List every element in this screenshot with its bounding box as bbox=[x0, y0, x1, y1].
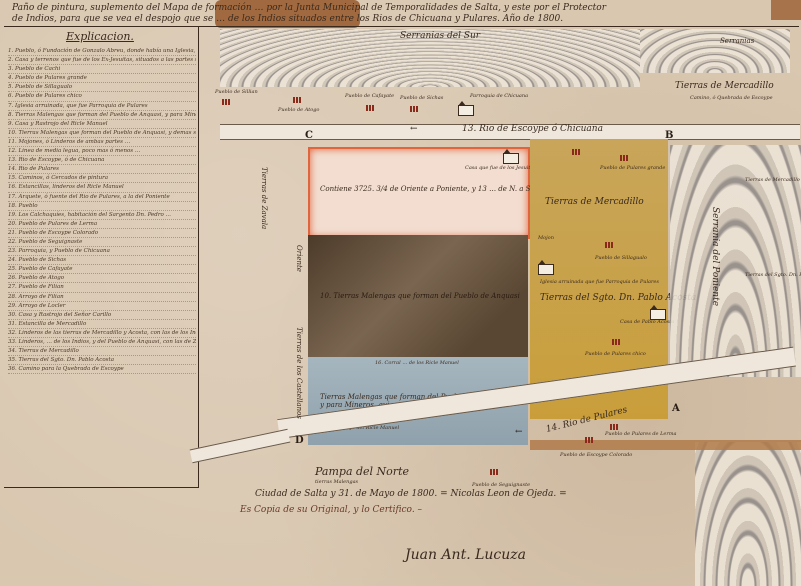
legend-item: 19. Los Calchaquíes, habitación del Sarg… bbox=[8, 211, 196, 220]
church-ruin-icon bbox=[538, 264, 554, 275]
legend-item: 3. Pueblo de Cachi bbox=[8, 65, 196, 74]
area-jesuit-lands bbox=[308, 147, 530, 239]
label-iglesia: Iglesia arruinada que fue Parroquia de P… bbox=[540, 279, 659, 285]
village-icon bbox=[366, 105, 374, 111]
legend-item: 26. Pueblo de Atogo bbox=[8, 274, 196, 283]
label-east-acosta: Tierras del Sgto. Dn. Pablo Acosta bbox=[745, 272, 801, 278]
legend-item: 31. Estancilla de Mercadillo bbox=[8, 320, 196, 329]
legend-item: 9. Casa y Rastrojo del Ricle Manuel bbox=[8, 120, 196, 129]
attestation-line-2: Es Copia de su Original, y lo Certifico.… bbox=[240, 505, 422, 515]
village-label: Pueblo de Escoype Colorado bbox=[560, 452, 632, 458]
legend-item: 27. Pueblo de Filian bbox=[8, 283, 196, 292]
legend-item: 14. Rio de Pulares bbox=[8, 165, 196, 174]
legend-item: 32. Linderos de las tierras de Mercadill… bbox=[8, 329, 196, 338]
legend-item: 25. Pueblo de Cafayate bbox=[8, 265, 196, 274]
label-tierras-castellanos: Tierras de los Castellanos bbox=[295, 327, 303, 419]
legend-item: 17. Arquete, ó fuente del Rio de Pulares… bbox=[8, 193, 196, 202]
legend-item: 13. Rio de Escoype, ó de Chicuana bbox=[8, 156, 196, 165]
village-label: Pueblo de Seguignaste bbox=[472, 482, 530, 488]
label-tierras-mercadillo: Tierras de Mercadillo bbox=[545, 197, 644, 207]
label-oriente: Oriente bbox=[295, 245, 303, 272]
title-line-2: de Indios, para que se vea el despojo qu… bbox=[12, 14, 563, 24]
flow-arrow-icon: ← bbox=[515, 427, 523, 437]
legend-item: 22. Pueblo de Seguignaste bbox=[8, 238, 196, 247]
legend-item: 11. Mojones, ó Linderos de ambas partes … bbox=[8, 138, 196, 147]
legend-item: 24. Pueblo de Sichas bbox=[8, 256, 196, 265]
mountains-northeast bbox=[640, 29, 790, 73]
legend-item: 28. Arroyo de Filian bbox=[8, 293, 196, 302]
village-icon bbox=[410, 106, 418, 112]
village-icon bbox=[222, 99, 230, 105]
legend-item: 10. Tierras Malengas que forman del Pueb… bbox=[8, 129, 196, 138]
marker-d: D bbox=[295, 435, 304, 446]
label-pampa-sub: tierras Malengas bbox=[315, 479, 358, 485]
label-pampa: Pampa del Norte bbox=[315, 465, 409, 478]
village-icon bbox=[490, 469, 498, 475]
legend-item: 36. Camino para la Quebrada de Escoype bbox=[8, 365, 196, 374]
legend-item: 2. Casa y terrenos que fue de los Ex-Jes… bbox=[8, 56, 196, 65]
legend-item: 1. Pueblo, ó Fundación de Gonzalo Abreu,… bbox=[8, 47, 196, 56]
legend-item: 35. Tierras del Sgto. Dn. Pablo Acosta bbox=[8, 356, 196, 365]
house-icon bbox=[503, 153, 519, 164]
label-casa-acosta: Casa de Pablo Acosta bbox=[620, 319, 674, 325]
village-label: Pueblo de Sichas bbox=[400, 95, 443, 101]
legend-item: 34. Tierras de Mercadillo bbox=[8, 347, 196, 356]
legend-item: 18. Pueblo bbox=[8, 202, 196, 211]
marker-a: A bbox=[672, 403, 680, 414]
label-tierras-mercadillo-north: Tierras de Mercadillo bbox=[675, 81, 774, 91]
label-blue-top: 16. Corral … de los Ricle Manuel bbox=[375, 360, 459, 366]
village-icon bbox=[572, 149, 580, 155]
village-label: Pueblo de Atogo bbox=[278, 107, 319, 113]
flow-arrow-icon: ← bbox=[410, 124, 418, 134]
village-icon bbox=[610, 424, 618, 430]
legend-item: 33. Linderos, … de los Indios, y del Pue… bbox=[8, 338, 196, 347]
village-label: Pueblo de Sillagualo bbox=[595, 255, 647, 261]
village-icon bbox=[612, 339, 620, 345]
mountains-southeast bbox=[695, 442, 801, 586]
map-sheet: Paño de pintura, suplemento del Mapa de … bbox=[0, 0, 801, 586]
village-icon bbox=[605, 242, 613, 248]
label-river-escoype: 13. Rio de Escoype ó Chicuana bbox=[462, 124, 603, 134]
church-icon bbox=[458, 105, 474, 116]
label-serrania-poniente: Serrania del Poniente bbox=[710, 207, 720, 306]
title-line-1: Paño de pintura, suplemento del Mapa de … bbox=[12, 3, 606, 13]
village-label: Pueblo de Pulares grande bbox=[600, 165, 665, 171]
label-pink-area: Contiene 3725. 3/4 de Oriente a Poniente… bbox=[320, 185, 538, 193]
village-label: Pueblo de Cafayate bbox=[345, 93, 394, 99]
village-icon bbox=[585, 437, 593, 443]
village-label: Pueblo de Sillian bbox=[215, 89, 258, 95]
marker-c: C bbox=[305, 130, 313, 141]
label-camino-quebrada: Camino, ó Quebrada de Escoype bbox=[690, 95, 773, 101]
village-label: Pueblo de Pulares de Lerma bbox=[605, 431, 677, 437]
map-area: Serranias del Sur Serranias Tierras de M… bbox=[200, 27, 801, 586]
legend-item: 7. Iglesia arruinada, que fue Parroquia … bbox=[8, 102, 196, 111]
legend-item: 15. Caminos, ó Cercados de pintura bbox=[8, 174, 196, 183]
legend-list: 1. Pueblo, ó Fundación de Gonzalo Abreu,… bbox=[8, 47, 196, 374]
legend-title: Explicacion. bbox=[66, 30, 134, 43]
label-serranias-sur: Serranias del Sur bbox=[400, 31, 480, 41]
legend-item: 5. Pueblo de Sillagualo bbox=[8, 83, 196, 92]
legend-item: 12. Linea de media legua, poco mas ó men… bbox=[8, 147, 196, 156]
village-icon bbox=[620, 155, 628, 161]
village-label: Pueblo de Pulares chico bbox=[585, 351, 646, 357]
road-stripe bbox=[530, 440, 801, 450]
legend-item: 16. Estancillas, linderos del Ricle Manu… bbox=[8, 183, 196, 192]
village-label: Parroquia de Chicuana bbox=[470, 93, 528, 99]
title-band: Paño de pintura, suplemento del Mapa de … bbox=[4, 2, 799, 27]
river-pulares-west bbox=[190, 429, 291, 463]
label-brown-area: 10. Tierras Malengas que forman del Pueb… bbox=[320, 292, 520, 300]
legend-item: 29. Arroyo de Locler bbox=[8, 302, 196, 311]
label-east-mercadillo: Tierras de Mercadillo bbox=[745, 177, 800, 183]
label-serranias: Serranias bbox=[720, 37, 754, 45]
legend-panel: Explicacion. 1. Pueblo, ó Fundación de G… bbox=[4, 27, 199, 488]
label-house: Casa que fue de los Jesuitas bbox=[465, 165, 536, 171]
label-tierras-zavala: Tierras de Zavala bbox=[260, 167, 268, 229]
legend-item: 30. Casa y Rastrojo del Señor Carillo bbox=[8, 311, 196, 320]
legend-item: 20. Pueblo de Pulares de Lerma bbox=[8, 220, 196, 229]
village-icon bbox=[293, 97, 301, 103]
signature: Juan Ant. Lucuza bbox=[405, 547, 526, 563]
legend-item: 6. Pueblo de Pulares chico bbox=[8, 92, 196, 101]
legend-item: 8. Tierras Malengas que forman del Puebl… bbox=[8, 111, 196, 120]
legend-item: 23. Parroquia, y Pueblo de Chicuana bbox=[8, 247, 196, 256]
label-mojon: Mojon bbox=[538, 235, 554, 241]
legend-item: 21. Pueblo de Escoype Colorado bbox=[8, 229, 196, 238]
legend-item: 4. Pueblo de Pulares grande bbox=[8, 74, 196, 83]
attestation-line-1: Ciudad de Salta y 31. de Mayo de 1800. =… bbox=[255, 489, 567, 499]
